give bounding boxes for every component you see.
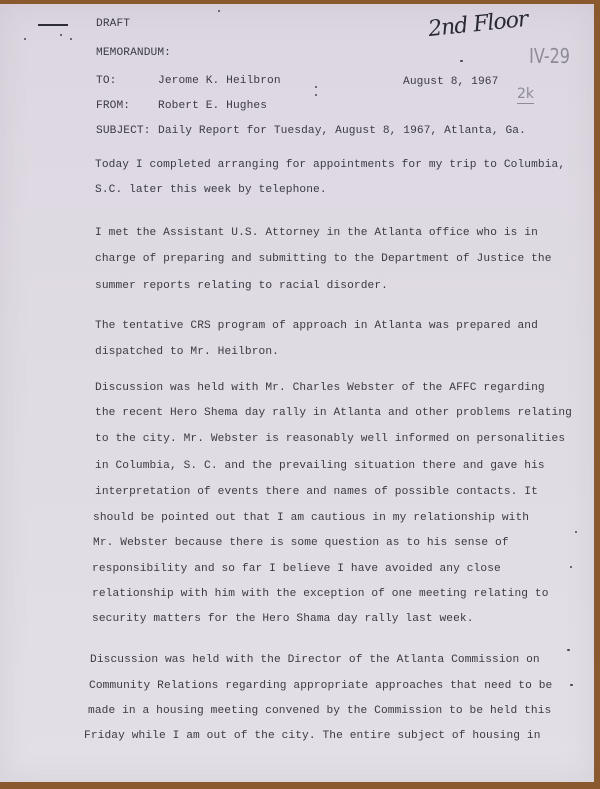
memo-date: August 8, 1967 <box>403 76 498 88</box>
to-value: Jerome K. Heilbron <box>158 75 281 87</box>
paper-speck <box>575 531 577 533</box>
body-line: charge of preparing and submitting to th… <box>95 253 552 265</box>
body-line: I met the Assistant U.S. Attorney in the… <box>95 227 538 239</box>
paper-speck <box>60 34 62 36</box>
paper-speck <box>567 649 570 651</box>
memo-label: MEMORANDUM: <box>96 47 171 59</box>
body-line: responsibility and so far I believe I ha… <box>92 563 501 575</box>
paper-speck <box>315 94 317 96</box>
body-line: Discussion was held with Mr. Charles Web… <box>95 382 545 394</box>
to-label: TO: <box>96 75 116 87</box>
handwritten-note: 2nd Floor <box>427 7 529 42</box>
handwritten-code: IV-29 <box>529 44 570 68</box>
handwritten-mark: 2k <box>517 86 534 104</box>
paper-speck <box>570 566 572 568</box>
body-line: in Columbia, S. C. and the prevailing si… <box>95 460 545 472</box>
body-line: Community Relations regarding appropriat… <box>89 680 552 692</box>
body-line: relationship with him with the exception… <box>92 588 549 600</box>
body-line: interpretation of events there and names… <box>95 486 538 498</box>
body-line: security matters for the Hero Shama day … <box>92 613 474 625</box>
paper-speck <box>70 38 72 40</box>
body-line: dispatched to Mr. Heilbron. <box>95 346 279 358</box>
paper-speck <box>315 86 317 88</box>
body-line: The tentative CRS program of approach in… <box>95 320 538 332</box>
from-label: FROM: <box>96 100 130 112</box>
margin-dash <box>38 24 68 26</box>
paper-speck <box>570 684 573 686</box>
body-line: should be pointed out that I am cautious… <box>93 512 529 524</box>
subject-label: SUBJECT: <box>96 125 151 137</box>
memo-page: DRAFT MEMORANDUM: TO: Jerome K. Heilbron… <box>0 4 594 782</box>
body-line: the recent Hero Shema day rally in Atlan… <box>95 407 572 419</box>
body-line: Friday while I am out of the city. The e… <box>84 730 541 742</box>
body-line: Discussion was held with the Director of… <box>90 654 540 666</box>
body-line: to the city. Mr. Webster is reasonably w… <box>95 433 565 445</box>
subject-value: Daily Report for Tuesday, August 8, 1967… <box>158 125 526 137</box>
body-line: summer reports relating to racial disord… <box>95 280 388 292</box>
paper-speck <box>218 10 220 12</box>
body-line: Mr. Webster because there is some questi… <box>93 537 509 549</box>
body-line: made in a housing meeting convened by th… <box>88 705 551 717</box>
paper-speck <box>24 38 26 40</box>
draft-label: DRAFT <box>96 18 130 30</box>
body-line: S.C. later this week by telephone. <box>95 184 327 196</box>
from-value: Robert E. Hughes <box>158 100 267 112</box>
body-line: Today I completed arranging for appointm… <box>95 159 565 171</box>
paper-speck <box>460 60 463 62</box>
